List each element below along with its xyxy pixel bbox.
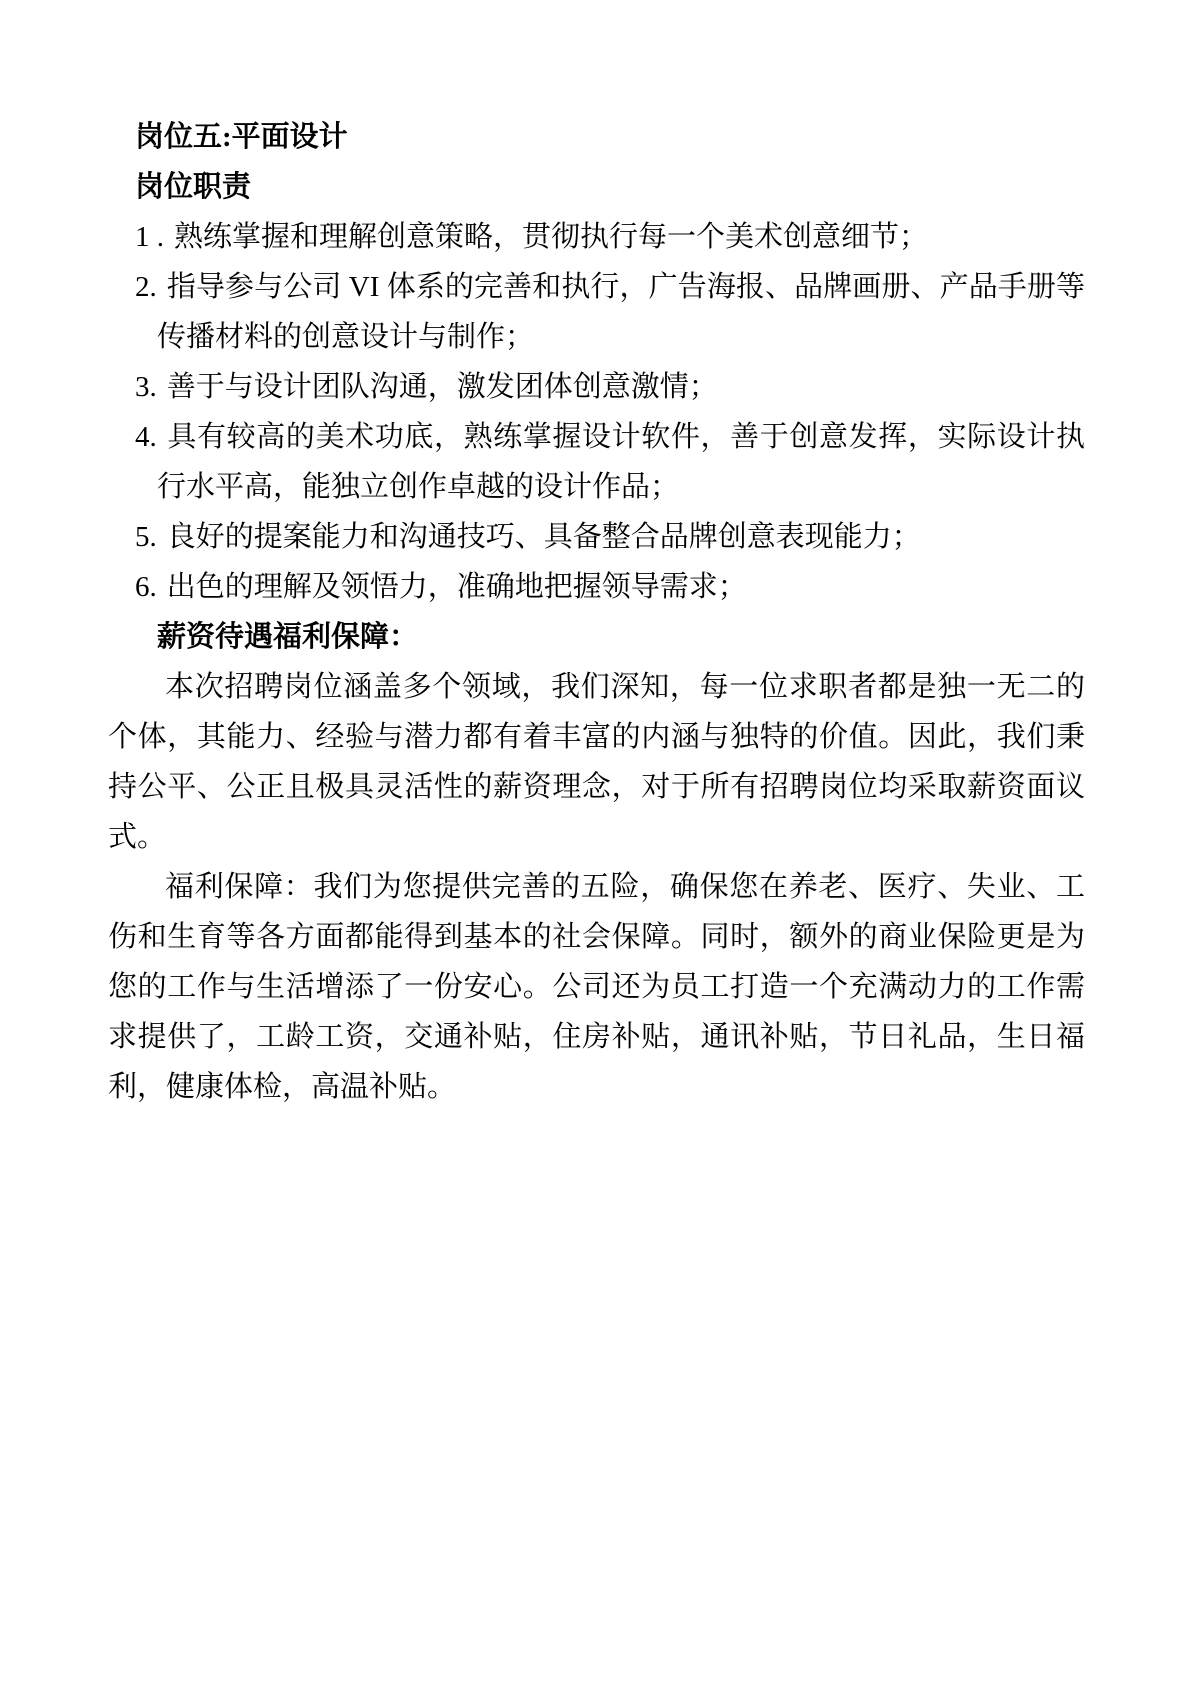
list-item-number: 3. bbox=[135, 371, 167, 403]
list-item-text: 指导参与公司 VI 体系的完善和执行，广告海报、品牌画册、产品手册等传播材料的创… bbox=[157, 271, 1085, 353]
responsibility-item: 5.良好的提案能力和沟通技巧、具备整合品牌创意表现能力； bbox=[108, 512, 1085, 562]
responsibility-item: 1 .熟练掌握和理解创意策略，贯彻执行每一个美术创意细节； bbox=[108, 212, 1085, 262]
doc-title: 岗位五:平面设计 bbox=[135, 112, 1085, 162]
list-item-text: 具有较高的美术功底，熟练掌握设计软件，善于创意发挥，实际设计执行水平高，能独立创… bbox=[157, 421, 1085, 503]
responsibility-item: 6.出色的理解及领悟力，准确地把握领导需求； bbox=[108, 562, 1085, 612]
responsibility-item: 2.指导参与公司 VI 体系的完善和执行，广告海报、品牌画册、产品手册等传播材料… bbox=[108, 262, 1085, 362]
section-heading-responsibilities: 岗位职责 bbox=[135, 162, 1085, 212]
list-item-number: 2. bbox=[135, 271, 167, 303]
list-item-text: 良好的提案能力和沟通技巧、具备整合品牌创意表现能力； bbox=[167, 521, 921, 553]
document-page: 岗位五:平面设计 岗位职责 1 .熟练掌握和理解创意策略，贯彻执行每一个美术创意… bbox=[0, 0, 1191, 1684]
section-heading-salary-benefits: 薪资待遇福利保障： bbox=[157, 612, 1085, 662]
responsibility-item: 4.具有较高的美术功底，熟练掌握设计软件，善于创意发挥，实际设计执行水平高，能独… bbox=[108, 412, 1085, 512]
list-item-number: 1 . bbox=[135, 221, 174, 253]
salary-paragraph: 本次招聘岗位涵盖多个领域，我们深知，每一位求职者都是独一无二的个体，其能力、经验… bbox=[108, 662, 1085, 862]
list-item-text: 出色的理解及领悟力，准确地把握领导需求； bbox=[167, 571, 747, 603]
list-item-text: 熟练掌握和理解创意策略，贯彻执行每一个美术创意细节； bbox=[174, 221, 928, 253]
responsibilities-list: 1 .熟练掌握和理解创意策略，贯彻执行每一个美术创意细节； 2.指导参与公司 V… bbox=[108, 212, 1085, 612]
list-item-number: 6. bbox=[135, 571, 167, 603]
responsibility-item: 3.善于与设计团队沟通，激发团体创意激情； bbox=[108, 362, 1085, 412]
list-item-number: 4. bbox=[135, 421, 167, 453]
list-item-number: 5. bbox=[135, 521, 167, 553]
benefits-paragraph: 福利保障：我们为您提供完善的五险，确保您在养老、医疗、失业、工伤和生育等各方面都… bbox=[108, 862, 1085, 1112]
list-item-text: 善于与设计团队沟通，激发团体创意激情； bbox=[167, 371, 718, 403]
